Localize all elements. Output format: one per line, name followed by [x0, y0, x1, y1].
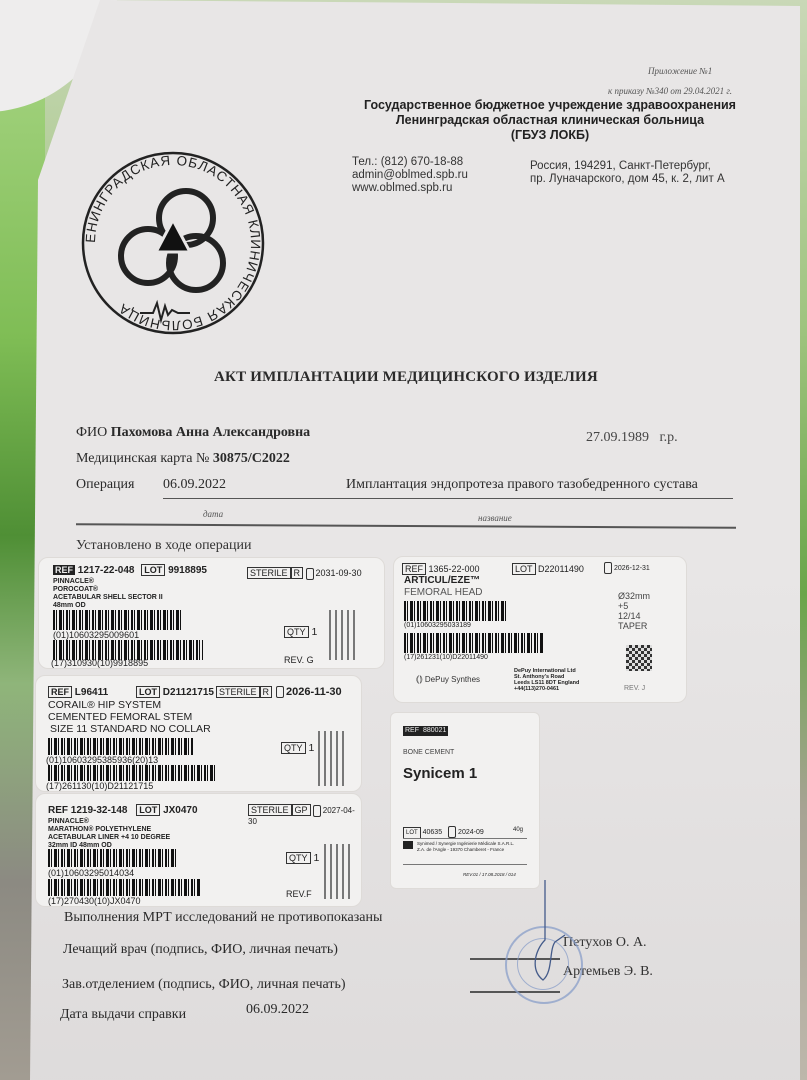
manufacturer-icon — [403, 841, 413, 849]
barcode — [404, 633, 544, 653]
med-card-number: 30875/С2022 — [213, 451, 290, 466]
expiry-hourglass-icon — [604, 562, 612, 574]
operation-date: 06.09.2022 — [163, 477, 226, 492]
manufacturer-vertical-text — [318, 731, 346, 786]
barcode — [48, 765, 216, 781]
barcode — [53, 610, 183, 630]
installed-label: Установлено в ходе операции — [76, 538, 251, 554]
signature-icon — [515, 880, 575, 990]
email: admin@oblmed.spb.ru — [352, 169, 468, 182]
operation-name: Имплантация эндопротеза правого тазобедр… — [346, 477, 698, 493]
med-card-row: Медицинская карта № 30875/С2022 — [76, 451, 290, 467]
implant-label-bone-cement: REF880021 BONE CEMENT Synicem 1 LOT 4063… — [390, 712, 540, 889]
manufacturer-vertical-text — [329, 610, 357, 660]
head-label: Зав.отделением (подпись, ФИО, личная печ… — [62, 977, 346, 993]
barcode — [48, 849, 178, 867]
order-reference: к приказу №340 от 29.04.2021 г. — [608, 86, 732, 96]
organization-name: Государственное бюджетное учреждение здр… — [355, 98, 745, 143]
mri-note: Выполнения МРТ исследований не противопо… — [64, 910, 382, 926]
expiry-hourglass-icon — [276, 686, 284, 698]
implant-label-acetabular-liner: REF 1219-32-148 LOT JX0470 STERILEGP 202… — [35, 793, 362, 907]
barcode — [53, 640, 203, 660]
manufacturer-address: DePuy International Ltd St. Anthony's Ro… — [514, 668, 579, 692]
expiry-hourglass-icon — [448, 826, 456, 838]
patient-name: Пахомова Анна Александровна — [111, 425, 310, 440]
expiry-hourglass-icon — [313, 805, 321, 817]
barcode — [48, 879, 200, 896]
patient-row: ФИО Пахомова Анна Александровна — [76, 425, 310, 441]
hospital-logo-icon: ЛЕНИНГРАДСКАЯ ОБЛАСТНАЯ КЛИНИЧЕСКАЯ БОЛЬ… — [78, 148, 268, 338]
implant-label-femoral-stem: REF L96411 LOT D21121715 STERILER 2026-1… — [35, 675, 362, 792]
address-block: Россия, 194291, Санкт-Петербург, пр. Лун… — [530, 160, 725, 186]
implant-label-femoral-head: REF 1365-22-000 LOT D22011490 2026-12-31… — [393, 556, 687, 703]
barcode — [48, 738, 193, 755]
expiry-hourglass-icon — [306, 568, 314, 580]
manufacturer-vertical-text — [324, 844, 352, 899]
operation-label: Операция — [76, 477, 134, 493]
phone: Тел.: (812) 670-18-88 — [352, 156, 468, 169]
date-caption: дата — [203, 509, 223, 519]
depuy-synthes-logo: ⦅⦆ DePuy Synthes — [416, 674, 480, 685]
contact-block: Тел.: (812) 670-18-88 admin@oblmed.spb.r… — [352, 156, 468, 195]
product-name: Synicem 1 — [403, 765, 477, 782]
issue-label: Дата выдачи справки — [60, 1007, 186, 1023]
datamatrix-code — [626, 645, 652, 671]
website: www.oblmed.spb.ru — [352, 182, 468, 195]
issue-date: 06.09.2022 — [246, 1002, 309, 1018]
barcode — [404, 601, 508, 621]
document-title: АКТ ИМПЛАНТАЦИИ МЕДИЦИНСКОГО ИЗДЕЛИЯ — [214, 369, 598, 386]
doctor-label: Лечащий врач (подпись, ФИО, личная печат… — [63, 942, 338, 958]
birth-date: 27.09.1989 г.р. — [586, 430, 678, 446]
name-caption: название — [478, 513, 512, 523]
operation-row: 06.09.2022 Имплантация эндопротеза право… — [163, 477, 733, 499]
implant-label-acetabular-shell: REF 1217-22-048 LOT 9918895 STERILER 203… — [38, 557, 385, 669]
appendix-note: Приложение №1 — [648, 66, 712, 76]
